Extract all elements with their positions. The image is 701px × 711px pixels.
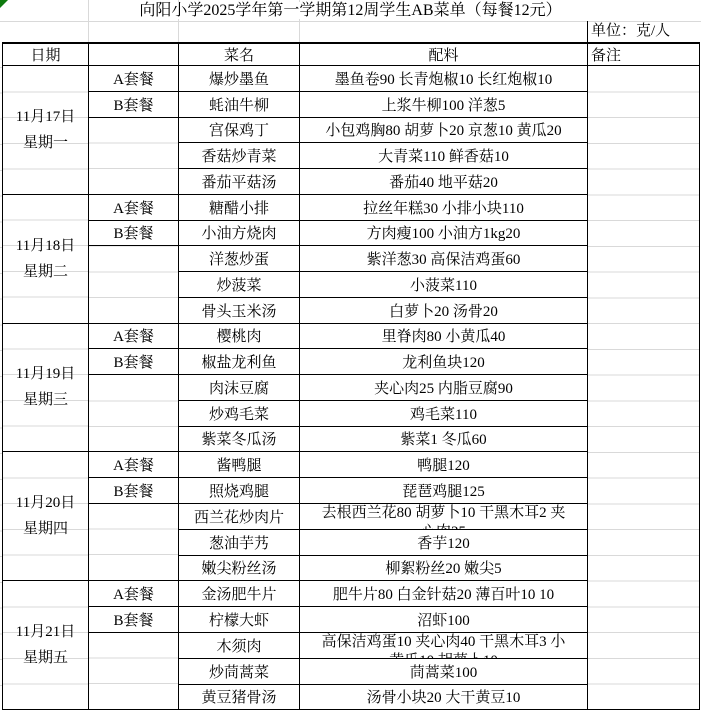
ingredients-text: 沼虾100 [417, 613, 470, 629]
meal-empty-cell[interactable] [89, 246, 179, 323]
dish-cell[interactable]: 柠檬大虾 [179, 607, 300, 633]
dish-cell[interactable]: 椒盐龙利鱼 [179, 349, 300, 375]
meal-empty-cell[interactable] [89, 117, 179, 194]
meal-label: A套餐 [113, 587, 154, 603]
dish-cell[interactable]: 香菇炒青菜 [179, 143, 300, 169]
dish-cell[interactable]: 酱鸭腿 [179, 452, 300, 478]
dish-name: 樱桃肉 [216, 329, 261, 345]
dish-name: 炒菠菜 [216, 278, 261, 294]
ingredients-cell[interactable]: 柳絮粉丝20 嫩尖5 [300, 555, 588, 581]
dish-name: 西兰花炒肉片 [194, 510, 284, 526]
meal-label: A套餐 [113, 72, 154, 88]
ingredients-cell[interactable]: 鸭腿120 [300, 452, 588, 478]
weekday-text: 星期一 [3, 130, 88, 156]
meal-cell[interactable]: A套餐 [89, 66, 179, 92]
dish-cell[interactable]: 骨头玉米汤 [179, 297, 300, 323]
ingredients-clip: 高保洁鸡蛋10 夹心肉40 干黑木耳3 小黄瓜10 胡萝卜10 [300, 633, 587, 658]
dish-cell[interactable]: 炒茼蒿菜 [179, 658, 300, 684]
dish-name: 椒盐龙利鱼 [201, 355, 276, 371]
date-text: 11月21日 [3, 619, 88, 645]
dish-name: 木须肉 [216, 639, 261, 655]
ingredients-cell[interactable]: 汤骨小块20 大干黄豆10 [300, 684, 588, 710]
meal-label: A套餐 [113, 201, 154, 217]
meal-label: A套餐 [113, 329, 154, 345]
date-text: 11月18日 [3, 233, 88, 259]
dish-name: 金汤肥牛片 [201, 587, 276, 603]
dish-cell[interactable]: 金汤肥牛片 [179, 581, 300, 607]
ingredients-cell[interactable]: 龙利鱼块120 [300, 349, 588, 375]
ingredients-text: 紫菜1 冬瓜60 [400, 432, 486, 448]
ingredients-text: 墨鱼卷90 长青炮椒10 长红炮椒10 [335, 72, 553, 88]
ingredients-text: 小包鸡胸80 胡萝卜20 京葱10 黄瓜20 [325, 123, 561, 139]
dish-name: 香菇炒青菜 [201, 149, 276, 165]
date-text: 11月17日 [3, 104, 88, 130]
dish-cell[interactable]: 蚝油牛柳 [179, 91, 300, 117]
dish-cell[interactable]: 嫩尖粉丝汤 [179, 555, 300, 581]
ingredients-cell[interactable]: 番茄40 地平菇20 [300, 169, 588, 195]
dish-cell[interactable]: 照烧鸡腿 [179, 478, 300, 504]
ingredients-clip: 去根西兰花80 胡萝卜10 干黑木耳2 夹心肉25 [300, 504, 587, 529]
ingredients-cell[interactable]: 香芋120 [300, 529, 588, 555]
ingredients-cell[interactable]: 小包鸡胸80 胡萝卜20 京葱10 黄瓜20 [300, 117, 588, 143]
header-row: 日期 菜名 配料 备注 [3, 43, 700, 66]
ingredients-text: 龙利鱼块120 [402, 355, 485, 371]
dish-cell[interactable]: 炒鸡毛菜 [179, 400, 300, 426]
ingredients-cell[interactable]: 高保洁鸡蛋10 夹心肉40 干黑木耳3 小黄瓜10 胡萝卜10 [300, 632, 588, 658]
dish-cell[interactable]: 宫保鸡丁 [179, 117, 300, 143]
weekday-text: 星期三 [3, 387, 88, 413]
ingredients-text: 去根西兰花80 胡萝卜10 干黑木耳2 夹 [300, 504, 587, 523]
ingredients-cell[interactable]: 去根西兰花80 胡萝卜10 干黑木耳2 夹心肉25 [300, 503, 588, 529]
ingredients-text: 汤骨小块20 大干黄豆10 [367, 690, 521, 706]
ingredients-cell[interactable]: 鸡毛菜110 [300, 400, 588, 426]
meal-cell[interactable]: B套餐 [89, 607, 179, 633]
ingredients-text: 鸡毛菜110 [410, 407, 477, 423]
header-ingredients[interactable]: 配料 [300, 43, 588, 66]
date-cell[interactable]: 11月17日星期一 [3, 66, 89, 195]
dish-cell[interactable]: 木须肉 [179, 632, 300, 658]
dish-name: 番茄平菇汤 [201, 175, 276, 191]
ingredients-text: 紫洋葱30 高保洁鸡蛋60 [367, 252, 521, 268]
dish-cell[interactable]: 洋葱炒蛋 [179, 246, 300, 272]
ingredients-text: 拉丝年糕30 小排小块110 [363, 201, 524, 217]
dish-cell[interactable]: 紫菜冬瓜汤 [179, 426, 300, 452]
ingredients-text: 小菠菜110 [410, 278, 477, 294]
dish-name: 紫菜冬瓜汤 [201, 432, 276, 448]
dish-cell[interactable]: 黄豆猪骨汤 [179, 684, 300, 710]
meal-cell[interactable]: A套餐 [89, 452, 179, 478]
ingredients-text: 里脊肉80 小黄瓜40 [382, 329, 506, 345]
meal-empty-cell[interactable] [89, 632, 179, 710]
ingredients-text: 方肉瘦100 小油方1kg20 [367, 226, 521, 242]
ingredients-cell[interactable]: 肥牛片80 白金针菇20 薄百叶10 10 [300, 581, 588, 607]
ingredients-cell[interactable]: 小菠菜110 [300, 272, 588, 298]
ingredients-cell[interactable]: 上浆牛柳100 洋葱5 [300, 91, 588, 117]
dish-name: 黄豆猪骨汤 [201, 690, 276, 706]
meal-cell[interactable]: B套餐 [89, 478, 179, 504]
dish-name: 葱油芋艿 [209, 536, 269, 552]
ingredients-cell[interactable]: 琵琶鸡腿125 [300, 478, 588, 504]
cell-error-marker-icon [0, 0, 8, 8]
ingredients-text: 香芋120 [417, 536, 470, 552]
date-cell[interactable]: 11月20日星期四 [3, 452, 89, 581]
note-cell[interactable] [588, 66, 700, 710]
dish-name: 炒鸡毛菜 [209, 407, 269, 423]
ingredients-cell[interactable]: 墨鱼卷90 长青炮椒10 长红炮椒10 [300, 66, 588, 92]
dish-cell[interactable]: 小油方烧肉 [179, 220, 300, 246]
header-date[interactable]: 日期 [3, 43, 89, 66]
dish-name: 嫩尖粉丝汤 [201, 561, 276, 577]
ingredients-cell[interactable]: 紫菜1 冬瓜60 [300, 426, 588, 452]
dish-cell[interactable]: 葱油芋艿 [179, 529, 300, 555]
dish-name: 炒茼蒿菜 [209, 665, 269, 681]
dish-cell[interactable]: 樱桃肉 [179, 323, 300, 349]
dish-cell[interactable]: 炒菠菜 [179, 272, 300, 298]
dish-cell[interactable]: 番茄平菇汤 [179, 169, 300, 195]
ingredients-text: 茼蒿菜100 [410, 665, 478, 681]
dish-cell[interactable]: 西兰花炒肉片 [179, 503, 300, 529]
ingredients-cell[interactable]: 茼蒿菜100 [300, 658, 588, 684]
weekday-text: 星期二 [3, 259, 88, 285]
ingredients-cell[interactable]: 大青菜110 鲜香菇10 [300, 143, 588, 169]
meal-cell[interactable]: A套餐 [89, 581, 179, 607]
meal-cell[interactable]: B套餐 [89, 349, 179, 375]
header-note[interactable]: 备注 [588, 43, 700, 66]
dish-name: 蚝油牛柳 [209, 98, 269, 114]
ingredients-text: 柳絮粉丝20 嫩尖5 [385, 561, 501, 577]
unit-note[interactable]: 单位：克/人 [591, 22, 670, 41]
dish-name: 骨头玉米汤 [201, 304, 276, 320]
ingredients-text: 鸭腿120 [417, 458, 470, 474]
dish-name: 宫保鸡丁 [209, 123, 269, 139]
dish-name: 肉沫豆腐 [209, 381, 269, 397]
meal-cell[interactable]: B套餐 [89, 91, 179, 117]
meal-cell[interactable]: B套餐 [89, 220, 179, 246]
ingredients-text: 高保洁鸡蛋10 夹心肉40 干黑木耳3 小 [300, 633, 587, 652]
dish-name: 柠檬大虾 [209, 613, 269, 629]
meal-empty-cell[interactable] [89, 375, 179, 452]
ingredients-cell[interactable]: 沼虾100 [300, 607, 588, 633]
date-text: 11月20日 [3, 490, 88, 516]
meal-cell[interactable]: A套餐 [89, 194, 179, 220]
ingredients-text: 上浆牛柳100 洋葱5 [382, 98, 506, 114]
ingredients-cell[interactable]: 夹心肉25 内脂豆腐90 [300, 375, 588, 401]
ingredients-cell[interactable]: 方肉瘦100 小油方1kg20 [300, 220, 588, 246]
meal-label: A套餐 [113, 458, 154, 474]
date-cell[interactable]: 11月21日星期五 [3, 581, 89, 710]
ingredients-text: 番茄40 地平菇20 [389, 175, 498, 191]
dish-name: 洋葱炒蛋 [209, 252, 269, 268]
dish-name: 酱鸭腿 [216, 458, 261, 474]
ingredients-text: 大青菜110 鲜香菇10 [378, 149, 509, 165]
date-text: 11月19日 [3, 361, 88, 387]
meal-label: B套餐 [113, 613, 153, 629]
ingredients-text: 肥牛片80 白金针菇20 薄百叶10 10 [333, 587, 554, 603]
ingredients-cell[interactable]: 拉丝年糕30 小排小块110 [300, 194, 588, 220]
meal-label: B套餐 [113, 226, 153, 242]
meal-label: B套餐 [113, 355, 153, 371]
ingredients-cell[interactable]: 里脊肉80 小黄瓜40 [300, 323, 588, 349]
ingredients-text: 白萝卜20 汤骨20 [389, 304, 498, 320]
weekday-text: 星期四 [3, 516, 88, 542]
dish-name: 爆炒墨鱼 [209, 72, 269, 88]
header-dish[interactable]: 菜名 [179, 43, 300, 66]
dish-name: 照烧鸡腿 [209, 484, 269, 500]
ingredients-cell[interactable]: 紫洋葱30 高保洁鸡蛋60 [300, 246, 588, 272]
menu-row: 11月17日星期一A套餐爆炒墨鱼墨鱼卷90 长青炮椒10 长红炮椒10 [3, 66, 700, 92]
dish-cell[interactable]: 糖醋小排 [179, 194, 300, 220]
ingredients-text: 夹心肉25 内脂豆腐90 [374, 381, 513, 397]
ingredients-cell[interactable]: 白萝卜20 汤骨20 [300, 297, 588, 323]
menu-table: 日期 菜名 配料 备注 11月17日星期一A套餐爆炒墨鱼墨鱼卷90 长青炮椒10… [2, 42, 700, 710]
gridline [587, 21, 588, 42]
sheet-title: 向阳小学2025学年第一学期第12周学生AB菜单（每餐12元） [136, 2, 564, 19]
ingredients-text: 琵琶鸡腿125 [402, 484, 485, 500]
meal-empty-cell[interactable] [89, 503, 179, 581]
dish-cell[interactable]: 爆炒墨鱼 [179, 66, 300, 92]
meal-cell[interactable]: A套餐 [89, 323, 179, 349]
ingredients-overflow-text: 黄瓜10 胡萝卜10 [300, 652, 587, 658]
weekday-text: 星期五 [3, 645, 88, 671]
date-cell[interactable]: 11月18日星期二 [3, 194, 89, 323]
dish-cell[interactable]: 肉沫豆腐 [179, 375, 300, 401]
header-meal[interactable] [89, 43, 179, 66]
sheet-title-cell[interactable]: 向阳小学2025学年第一学期第12周学生AB菜单（每餐12元） [0, 1, 701, 21]
dish-name: 糖醋小排 [209, 201, 269, 217]
meal-label: B套餐 [113, 98, 153, 114]
ingredients-overflow-text: 心肉25 [300, 523, 587, 529]
meal-label: B套餐 [113, 484, 153, 500]
date-cell[interactable]: 11月19日星期三 [3, 323, 89, 452]
dish-name: 小油方烧肉 [201, 226, 276, 242]
